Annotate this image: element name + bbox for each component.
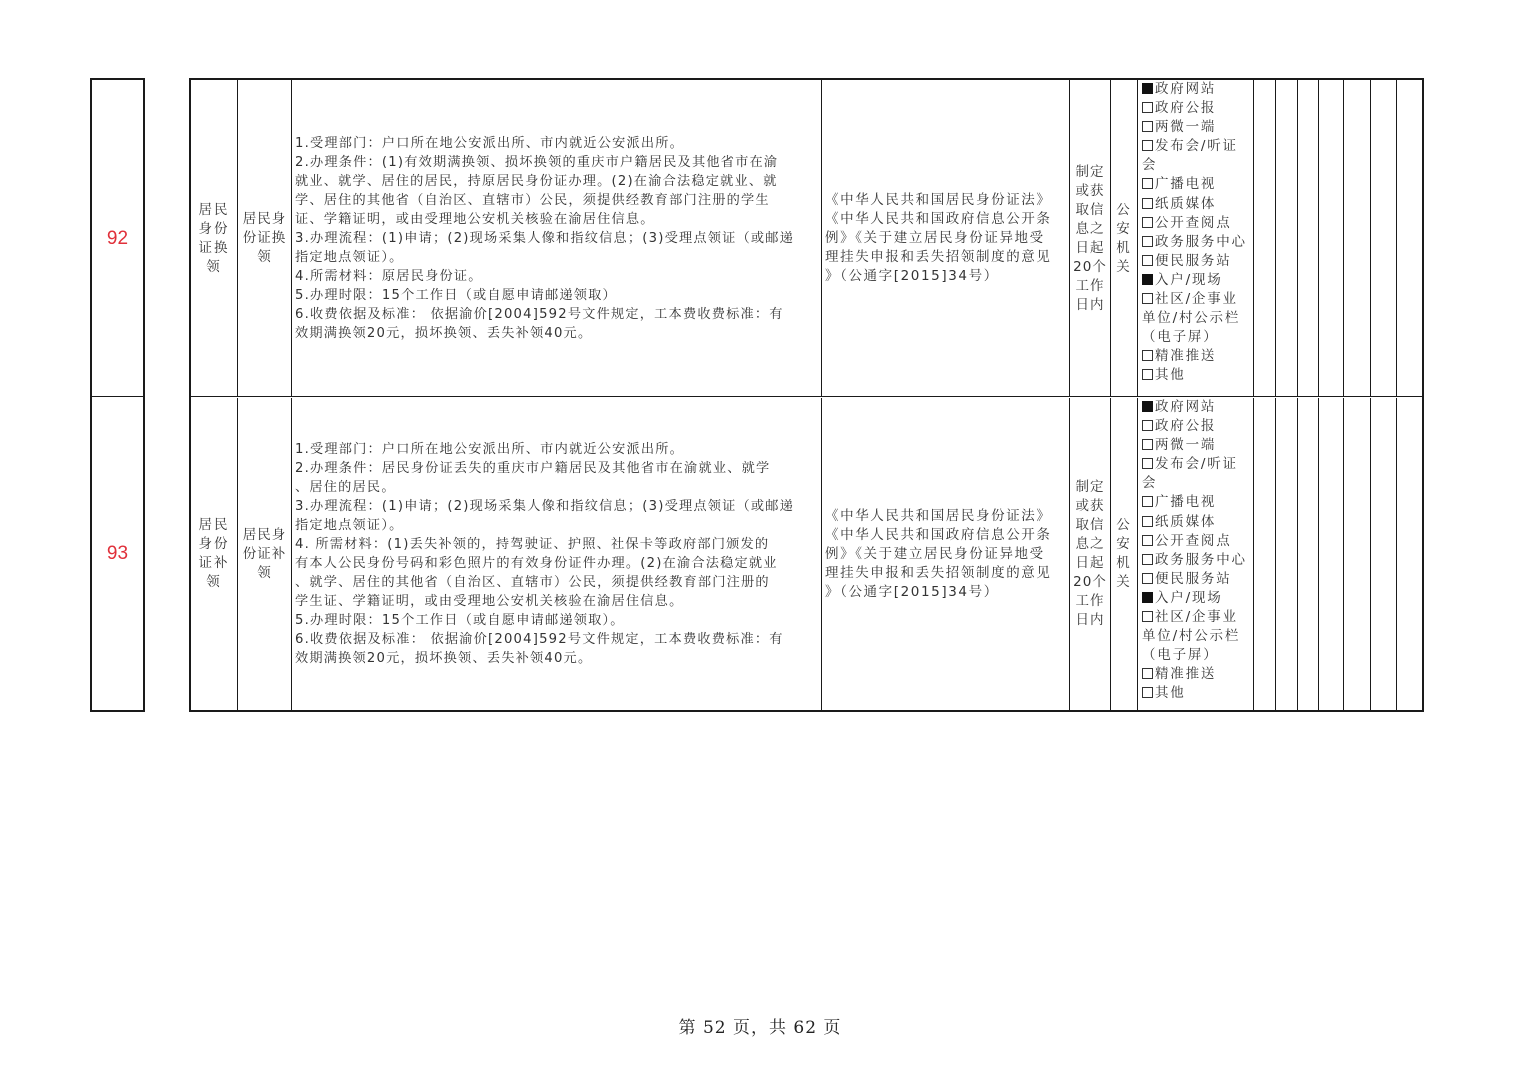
channel-item: 两微一端 bbox=[1142, 118, 1247, 137]
channel-label: 政府网站 bbox=[1155, 81, 1216, 97]
channel-item: 公开查阅点 bbox=[1142, 532, 1247, 551]
channel-label: 精准推送 bbox=[1155, 666, 1216, 682]
channel-item: 两微一端 bbox=[1142, 436, 1247, 455]
channel-label: 两微一端 bbox=[1155, 437, 1216, 453]
channel-label: 社区/企事业 单位/村公示栏 （电子屏） bbox=[1142, 609, 1240, 663]
checkbox-empty-icon bbox=[1142, 198, 1153, 209]
channel-label: 政府公报 bbox=[1155, 100, 1216, 116]
channel-item: 入户/现场 bbox=[1142, 271, 1247, 290]
channel-item: 政府公报 bbox=[1142, 99, 1247, 118]
channel-label: 发布会/听证 会 bbox=[1142, 456, 1238, 491]
channel-list: 政府网站政府公报两微一端发布会/听证 会广播电视纸质媒体公开查阅点政务服务中心便… bbox=[1142, 80, 1247, 386]
channel-item: 政府公报 bbox=[1142, 417, 1247, 436]
checkbox-empty-icon bbox=[1142, 573, 1153, 584]
channel-item: 政府网站 bbox=[1142, 80, 1247, 99]
empty-cell bbox=[1254, 80, 1276, 397]
table-row: 居民 身份 证补 领 居民身 份证补 领 1.受理部门：户口所在地公安派出所、市… bbox=[191, 398, 1422, 710]
channel-label: 社区/企事业 单位/村公示栏 （电子屏） bbox=[1142, 291, 1240, 345]
empty-cell bbox=[1319, 398, 1344, 710]
channels-cell: 政府网站政府公报两微一端发布会/听证 会广播电视纸质媒体公开查阅点政务服务中心便… bbox=[1138, 80, 1254, 397]
checkbox-empty-icon bbox=[1142, 496, 1153, 507]
channel-item: 其他 bbox=[1142, 684, 1247, 703]
empty-cell bbox=[1298, 398, 1319, 710]
checkbox-empty-icon bbox=[1142, 668, 1153, 679]
channel-label: 便民服务站 bbox=[1155, 571, 1232, 587]
empty-cell bbox=[1397, 398, 1422, 710]
channel-item: 发布会/听证 会 bbox=[1142, 455, 1247, 493]
channel-label: 公开查阅点 bbox=[1155, 533, 1232, 549]
channel-label: 入户/现场 bbox=[1155, 272, 1223, 288]
checkbox-empty-icon bbox=[1142, 121, 1153, 132]
channel-label: 政府网站 bbox=[1155, 399, 1216, 415]
empty-cell bbox=[1298, 80, 1319, 397]
channel-item: 公开查阅点 bbox=[1142, 214, 1247, 233]
channel-label: 精准推送 bbox=[1155, 348, 1216, 364]
checkbox-empty-icon bbox=[1142, 217, 1153, 228]
channels-cell: 政府网站政府公报两微一端发布会/听证 会广播电视纸质媒体公开查阅点政务服务中心便… bbox=[1138, 398, 1254, 710]
empty-cell bbox=[1397, 80, 1422, 397]
channel-label: 发布会/听证 会 bbox=[1142, 138, 1238, 173]
checkbox-empty-icon bbox=[1142, 516, 1153, 527]
channel-list: 政府网站政府公报两微一端发布会/听证 会广播电视纸质媒体公开查阅点政务服务中心便… bbox=[1142, 398, 1247, 704]
row-number-cell: 92 bbox=[92, 80, 143, 397]
row-number: 93 bbox=[107, 543, 128, 565]
checkbox-checked-icon bbox=[1142, 274, 1153, 285]
channel-item: 社区/企事业 单位/村公示栏 （电子屏） bbox=[1142, 608, 1247, 665]
channel-label: 广播电视 bbox=[1155, 494, 1216, 510]
item-cell: 居民身 份证补 领 bbox=[238, 398, 292, 710]
channel-item: 政府网站 bbox=[1142, 398, 1247, 417]
empty-cell bbox=[1254, 398, 1276, 710]
details-cell: 1.受理部门：户口所在地公安派出所、市内就近公安派出所。 2.办理条件：(1)有… bbox=[292, 80, 822, 397]
empty-cell bbox=[1319, 80, 1344, 397]
checkbox-empty-icon bbox=[1142, 687, 1153, 698]
channel-label: 政务服务中心 bbox=[1155, 552, 1247, 568]
channel-item: 其他 bbox=[1142, 366, 1247, 385]
page-footer: 第 52 页，共 62 页 bbox=[0, 1013, 1520, 1038]
empty-cell bbox=[1371, 80, 1397, 397]
channel-item: 纸质媒体 bbox=[1142, 195, 1247, 214]
channel-label: 广播电视 bbox=[1155, 176, 1216, 192]
channel-item: 广播电视 bbox=[1142, 493, 1247, 512]
checkbox-empty-icon bbox=[1142, 554, 1153, 565]
channel-label: 公开查阅点 bbox=[1155, 215, 1232, 231]
channel-item: 入户/现场 bbox=[1142, 589, 1247, 608]
table-row: 居民 身份 证换 领 居民身 份证换 领 1.受理部门：户口所在地公安派出所、市… bbox=[191, 80, 1422, 397]
checkbox-empty-icon bbox=[1142, 236, 1153, 247]
checkbox-empty-icon bbox=[1142, 439, 1153, 450]
checkbox-empty-icon bbox=[1142, 369, 1153, 380]
checkbox-checked-icon bbox=[1142, 401, 1153, 412]
empty-cell bbox=[1344, 80, 1371, 397]
channel-item: 政务服务中心 bbox=[1142, 551, 1247, 570]
channel-item: 精准推送 bbox=[1142, 665, 1247, 684]
disclosure-table: 居民 身份 证换 领 居民身 份证换 领 1.受理部门：户口所在地公安派出所、市… bbox=[189, 78, 1424, 712]
channel-item: 广播电视 bbox=[1142, 175, 1247, 194]
empty-cell bbox=[1276, 80, 1298, 397]
channel-label: 纸质媒体 bbox=[1155, 196, 1216, 212]
time-limit-cell: 制定 或获 取信 息之 日起 20个 工作 日内 bbox=[1070, 398, 1111, 710]
channel-item: 便民服务站 bbox=[1142, 570, 1247, 589]
channel-label: 入户/现场 bbox=[1155, 590, 1223, 606]
channel-label: 两微一端 bbox=[1155, 119, 1216, 135]
checkbox-empty-icon bbox=[1142, 535, 1153, 546]
checkbox-empty-icon bbox=[1142, 140, 1153, 151]
channel-label: 其他 bbox=[1155, 685, 1186, 701]
category-cell: 居民 身份 证补 领 bbox=[191, 398, 238, 710]
checkbox-empty-icon bbox=[1142, 458, 1153, 469]
checkbox-empty-icon bbox=[1142, 293, 1153, 304]
number-column-box: 92 93 bbox=[90, 78, 145, 712]
checkbox-empty-icon bbox=[1142, 350, 1153, 361]
time-limit-cell: 制定 或获 取信 息之 日起 20个 工作 日内 bbox=[1070, 80, 1111, 397]
subject-cell: 公 安 机 关 bbox=[1111, 80, 1138, 397]
row-number-cell: 93 bbox=[92, 398, 143, 710]
details-cell: 1.受理部门：户口所在地公安派出所、市内就近公安派出所。 2.办理条件：居民身份… bbox=[292, 398, 822, 710]
channel-item: 便民服务站 bbox=[1142, 252, 1247, 271]
checkbox-empty-icon bbox=[1142, 255, 1153, 266]
empty-cell bbox=[1344, 398, 1371, 710]
row-number: 92 bbox=[107, 228, 128, 250]
category-cell: 居民 身份 证换 领 bbox=[191, 80, 238, 397]
channel-item: 精准推送 bbox=[1142, 347, 1247, 366]
channel-label: 便民服务站 bbox=[1155, 253, 1232, 269]
channel-label: 纸质媒体 bbox=[1155, 514, 1216, 530]
checkbox-empty-icon bbox=[1142, 420, 1153, 431]
channel-item: 纸质媒体 bbox=[1142, 513, 1247, 532]
channel-item: 发布会/听证 会 bbox=[1142, 137, 1247, 175]
subject-cell: 公 安 机 关 bbox=[1111, 398, 1138, 710]
checkbox-empty-icon bbox=[1142, 102, 1153, 113]
empty-cell bbox=[1371, 398, 1397, 710]
checkbox-checked-icon bbox=[1142, 83, 1153, 94]
legal-basis-cell: 《中华人民共和国居民身份证法》 《中华人民共和国政府信息公开条 例》《关于建立居… bbox=[822, 80, 1070, 397]
channel-label: 政府公报 bbox=[1155, 418, 1216, 434]
checkbox-empty-icon bbox=[1142, 178, 1153, 189]
channel-label: 政务服务中心 bbox=[1155, 234, 1247, 250]
channel-item: 社区/企事业 单位/村公示栏 （电子屏） bbox=[1142, 290, 1247, 347]
channel-label: 其他 bbox=[1155, 367, 1186, 383]
legal-basis-cell: 《中华人民共和国居民身份证法》 《中华人民共和国政府信息公开条 例》《关于建立居… bbox=[822, 398, 1070, 710]
checkbox-empty-icon bbox=[1142, 611, 1153, 622]
checkbox-checked-icon bbox=[1142, 592, 1153, 603]
item-cell: 居民身 份证换 领 bbox=[238, 80, 292, 397]
empty-cell bbox=[1276, 398, 1298, 710]
channel-item: 政务服务中心 bbox=[1142, 233, 1247, 252]
